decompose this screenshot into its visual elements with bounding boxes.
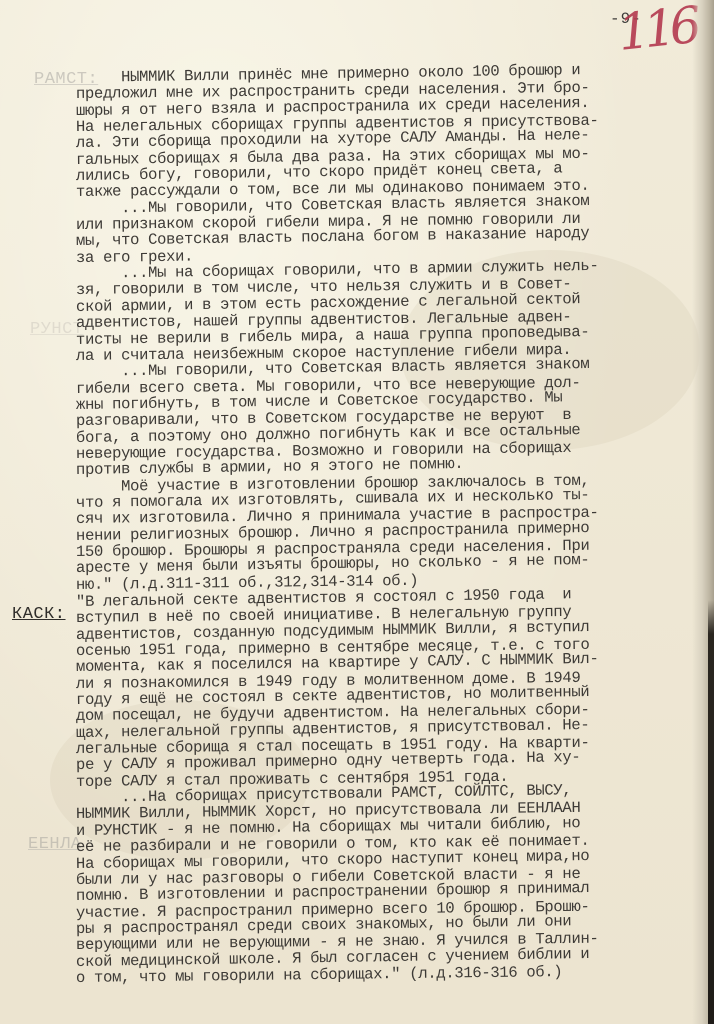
testimony-block-ramst: НЫММИК Вилли принёс мне примерно около 1… (76, 70, 696, 593)
handwritten-folio-number: 116 (616, 0, 698, 58)
testimony-block-kask: "В легальной секте адвентистов я состоял… (76, 594, 696, 986)
speaker-label-kask: КАСК: (12, 605, 66, 624)
document-page: РАМСТ: РУНСТ ЕЕНЛА -9- 116 НЫММИК Вилли … (0, 0, 714, 1024)
binding-shadow (708, 600, 714, 1024)
bleed-through-label: ЕЕНЛА (28, 835, 82, 854)
